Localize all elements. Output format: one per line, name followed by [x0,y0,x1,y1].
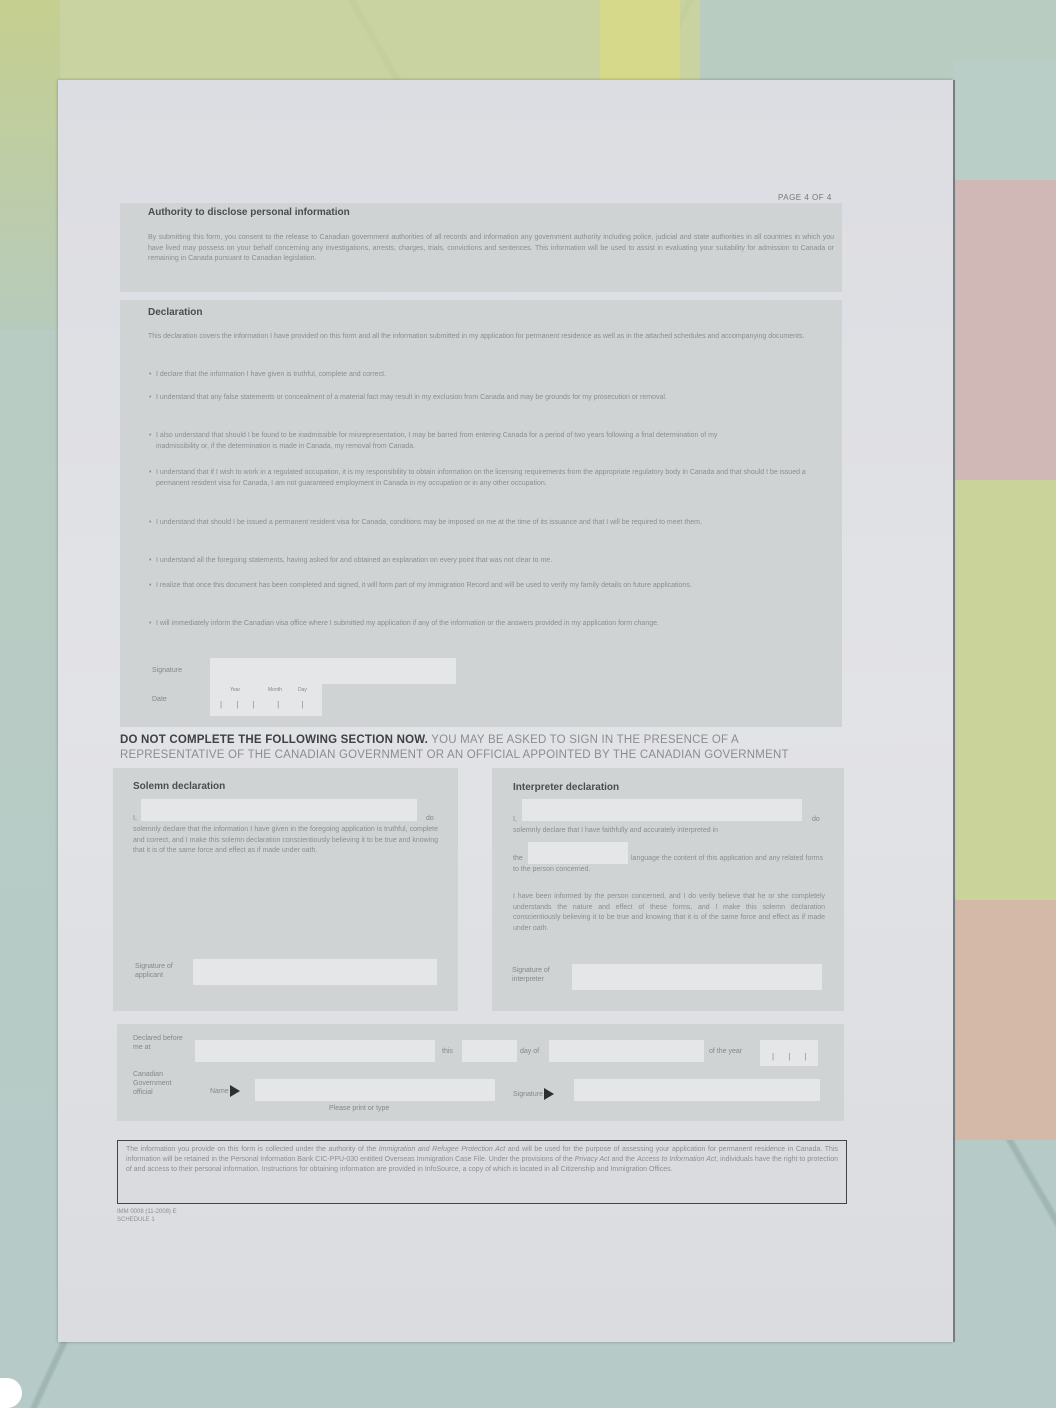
declared-before-label: Declared before me at [133,1034,193,1052]
background-map [0,0,700,80]
year-ticks: | | | [772,1052,813,1061]
declaration-bullet: I understand that if I wish to work in a… [156,468,821,489]
solemn-name-field[interactable] [141,799,417,821]
day-of-label: day of [520,1047,539,1056]
form-id: IMM 0008 (11-2008) E SCHEDULE 1 [117,1208,177,1224]
official-name-field[interactable] [255,1079,495,1101]
date-ticks: | | | | | [220,700,310,709]
interpreter-signature-field[interactable] [572,964,822,990]
page-number: PAGE 4 OF 4 [778,193,832,202]
interpreter-name-field[interactable] [522,799,802,821]
solemn-i-label: I, [133,814,137,823]
declared-month-field[interactable] [549,1040,704,1062]
solemn-declaration-section: Solemn declaration I, do solemnly declar… [113,768,458,1011]
this-label: this [442,1047,453,1056]
authority-title: Authority to disclose personal informati… [148,207,350,218]
solemn-text: solemnly declare that the information I … [133,825,438,857]
background-map [953,480,1056,900]
declared-place-field[interactable] [195,1040,435,1062]
interpreter-text-3: I have been informed by the person conce… [513,892,825,934]
declaration-signature-field[interactable] [210,658,456,684]
date-day-label: Day [298,686,307,695]
declaration-bullet: I understand that any false statements o… [156,393,741,404]
declared-day-field[interactable] [462,1040,517,1062]
declaration-title: Declaration [148,307,202,318]
interpreter-title: Interpreter declaration [513,782,619,793]
solemn-title: Solemn declaration [133,781,225,792]
date-label: Date [152,695,167,704]
declaration-date-field[interactable]: Year Month Day | | | | | [210,684,322,716]
applicant-signature-field[interactable] [193,959,437,985]
background-map [953,900,1056,1140]
arrow-right-icon [230,1085,240,1097]
declaration-bullet: I understand all the foregoing statement… [156,556,756,567]
solemn-do-label: do [426,814,434,823]
print-note: Please print or type [329,1104,389,1113]
interpreter-declaration-section: Interpreter declaration I, do solemnly d… [492,768,844,1011]
solemn-signature-label: Signature of applicant [135,962,190,980]
official-label: Canadian Government official [133,1070,193,1097]
declaration-bullet: I will immediately inform the Canadian v… [156,619,741,630]
background-object [0,1378,22,1408]
authority-section: Authority to disclose personal informati… [120,203,842,292]
interpreter-text-2: language the content of this application… [513,854,823,875]
declared-before-section: Declared before me at this day of of the… [117,1024,844,1121]
date-year-label: Year [230,686,240,695]
background-map [953,60,1056,190]
interpreter-i-label: I, [513,815,517,824]
official-name-label: Name [210,1085,240,1097]
interpreter-do-label: do [812,815,820,824]
do-not-complete-warning: DO NOT COMPLETE THE FOLLOWING SECTION NO… [120,733,840,763]
declaration-bullet: I understand that should I be issued a p… [156,518,746,529]
background-map [600,0,680,80]
declaration-section: Declaration This declaration covers the … [120,300,842,727]
of-the-year-label: of the year [709,1047,742,1056]
background-map [953,180,1056,480]
declaration-intro: This declaration covers the information … [148,332,828,343]
declared-year-field[interactable]: | | | [760,1040,818,1066]
background-map [0,0,60,330]
declaration-bullet: I also understand that should I be found… [156,431,751,452]
authority-text: By submitting this form, you consent to … [148,233,834,265]
official-signature-field[interactable] [574,1079,820,1101]
arrow-right-icon [544,1088,554,1100]
signature-label: Signature [152,666,182,675]
privacy-notice: The information you provide on this form… [117,1140,847,1204]
interpreter-text-1: solemnly declare that I have faithfully … [513,826,823,837]
declaration-bullet: I realize that once this document has be… [156,581,821,592]
official-signature-label: Signature [513,1088,554,1100]
date-month-label: Month [268,686,282,695]
interpreter-signature-label: Signature of interpreter [512,966,567,984]
declaration-bullet: I declare that the information I have gi… [156,370,756,381]
